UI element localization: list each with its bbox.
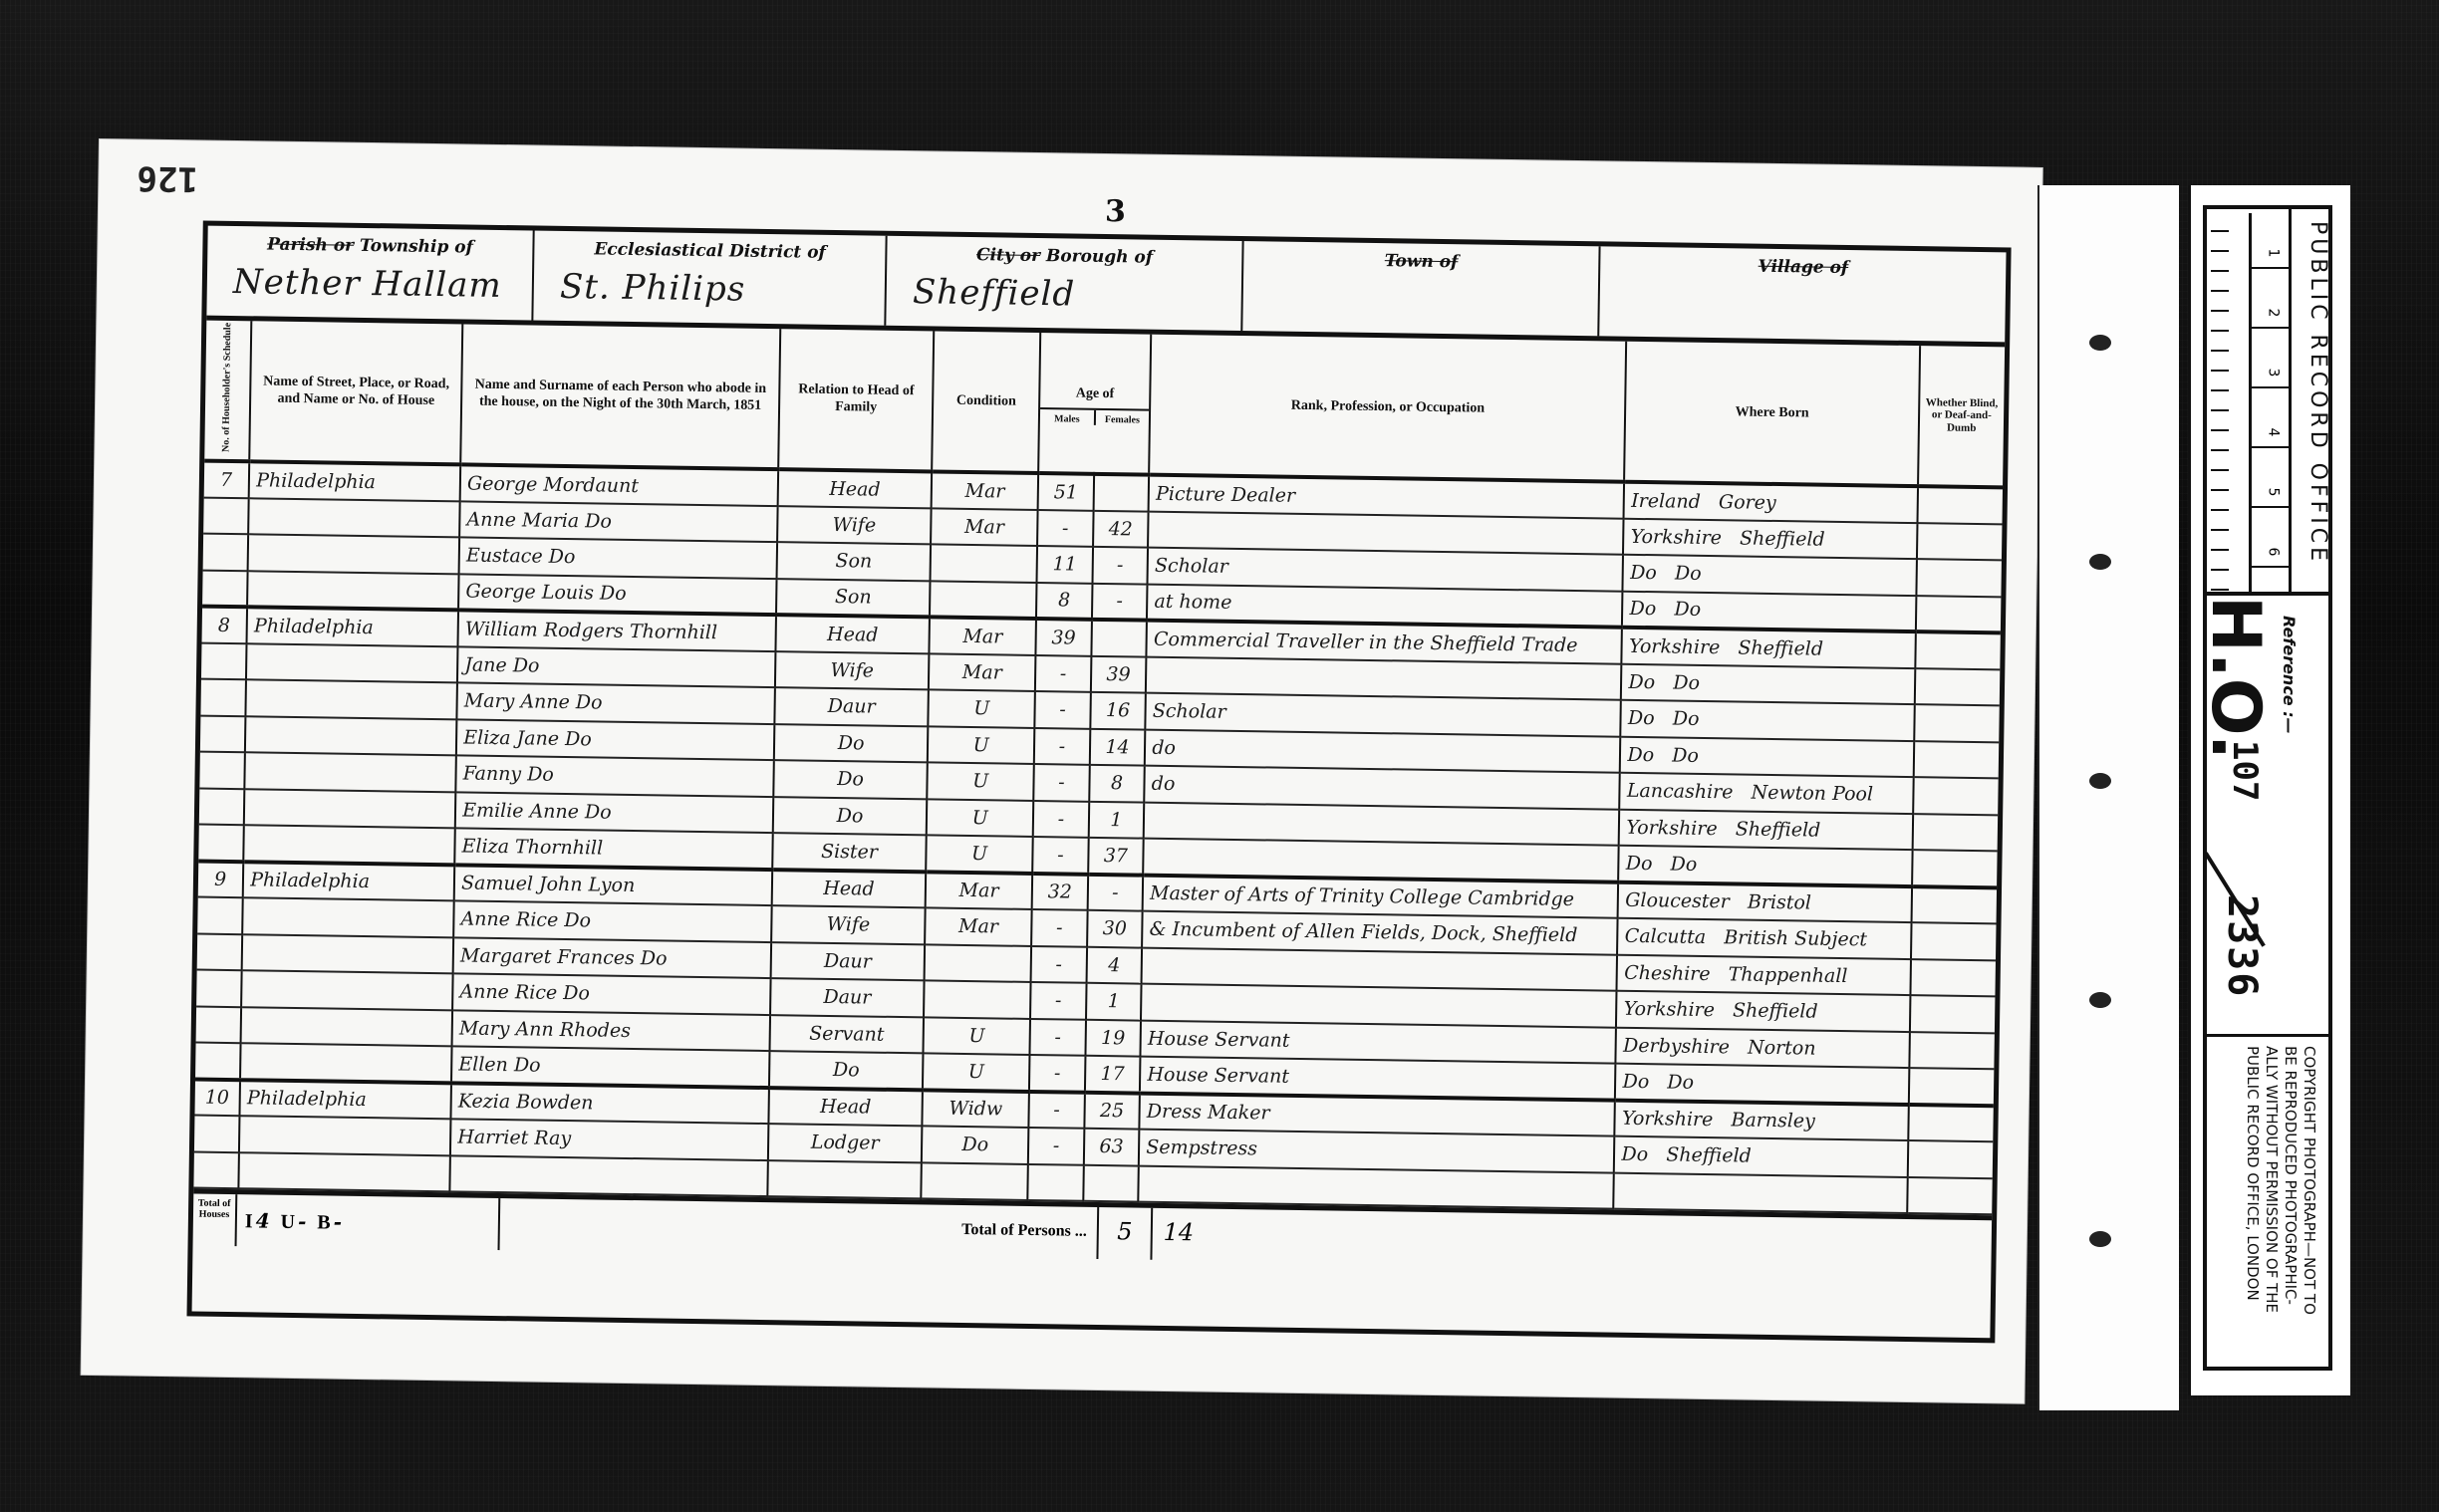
cell-relation: Lodger [768,1124,923,1162]
cell-born: Derbyshire Norton [1616,1027,1910,1068]
reference-label: Reference :— [2280,616,2299,734]
house-counts: I4 U- B- [237,1194,501,1250]
district-label: City or Borough of [887,236,1241,269]
cell-schedule [195,1043,241,1080]
cell-female-age: 1 [1086,983,1142,1020]
cell-condition: U [923,1053,1029,1091]
cell-street [242,897,453,937]
col-street: Name of Street, Place, or Road, and Name… [249,321,462,464]
cell-female-age: 17 [1085,1056,1141,1093]
cell-male-age: 32 [1032,874,1088,910]
cell-male-age: - [1029,1055,1085,1092]
cell-condition: Mar [929,653,1035,691]
cell-street [248,498,459,538]
cell-male-age: - [1031,909,1087,946]
cell-condition: U [927,763,1033,801]
cell-male-age: - [1032,837,1088,874]
column-headers: No. of Householder's Schedule Name of St… [204,321,2005,488]
pro-reference-card: 123456 PUBLIC RECORD OFFICE Reference :—… [2188,185,2350,1395]
cell-blind [1913,777,1999,815]
cell-condition [922,1162,1028,1200]
cell-female-age: 39 [1091,655,1147,692]
cell-relation: Daur [774,687,929,726]
district-label: Parish or Township of [207,226,533,259]
cell-blind [1915,631,2001,669]
cell-street [239,1152,450,1192]
cell-street: Philadelphia [249,461,460,501]
cell-relation: Do [769,1051,924,1090]
cell-male-age: - [1035,655,1091,692]
cell-condition [924,980,1030,1018]
cell-female-age: 8 [1089,765,1145,802]
cell-relation: Head [775,615,930,653]
cell-name: Margaret Frances Do [453,937,771,978]
cell-schedule [193,1151,239,1188]
cell-blind [1914,704,2000,742]
cell-condition: U [929,690,1035,728]
cell-born: Do Do [1619,846,1913,886]
cell-blind [1914,668,2000,706]
cell-name: Samuel John Lyon [454,865,772,905]
cell-street [245,716,456,756]
cell-condition: Mar [930,618,1036,655]
cell-born: Yorkshire Sheffield [1623,518,1917,559]
cell-name: Emilie Anne Do [455,792,773,833]
cell-name [449,1155,767,1196]
cell-born: Yorkshire Sheffield [1616,991,1910,1032]
cell-blind [1910,959,1996,997]
cell-female-age: 1 [1088,801,1144,838]
cell-blind [1909,1032,1995,1070]
census-table: No. of Householder's Schedule Name of St… [193,321,2005,1216]
col-relation: Relation to Head of Family [778,329,934,471]
cell-schedule [196,1006,242,1043]
census-form: Parish or Township ofNether Hallam Eccle… [186,221,2011,1344]
cell-relation: Wife [771,905,926,944]
cell-name: Fanny Do [455,755,773,796]
ruler-scale [2211,213,2252,592]
cell-condition: U [928,726,1034,764]
ruler-mark: 2 [2251,269,2289,329]
cell-male-age: 11 [1037,546,1093,583]
cell-born: Calcutta British Subject [1617,918,1911,959]
cell-male-age: - [1029,1092,1085,1129]
ruler-mark: 5 [2251,448,2289,508]
district-value: Sheffield [913,272,1076,314]
cell-female-age: 16 [1090,692,1146,729]
cell-blind [1909,995,1995,1033]
district-value: St. Philips [560,267,746,310]
col-schedule: No. of Householder's Schedule [204,321,251,462]
cell-male-age: - [1033,764,1089,801]
folio-number: 126 [136,158,198,199]
cell-female-age: 14 [1089,728,1145,765]
cell-born: Do Do [1615,1064,1909,1105]
cell-name: Eliza Jane Do [456,719,774,760]
cell-female-age: 42 [1093,510,1149,547]
cell-schedule [197,933,243,970]
cell-female-age [1093,474,1149,511]
total-males: 5 [1096,1207,1151,1260]
cell-relation: Do [773,797,928,836]
reference-piece: 107 [2225,740,2265,801]
reference-item: 2336 [2219,894,2265,998]
cell-relation [767,1160,922,1199]
punch-hole [2089,335,2111,351]
cell-street [240,1043,451,1083]
cell-male-age: 39 [1036,619,1092,655]
cell-schedule [203,497,249,534]
cell-schedule: 7 [204,461,250,498]
cell-street [241,1007,452,1047]
cell-relation: Do [774,724,929,763]
cell-schedule: 9 [198,861,244,897]
cell-blind [1917,523,2003,561]
district-field: Ecclesiastical District ofSt. Philips [534,230,888,325]
cell-blind [1912,814,1998,852]
cell-born: Do Do [1621,700,1915,741]
cell-street [242,934,453,974]
cell-relation: Son [776,542,931,581]
cell-female-age [1091,620,1147,656]
district-label: Ecclesiastical District of [534,230,885,263]
reference-box: Reference :— H.O. 107 2336 [2207,592,2328,1037]
cell-schedule [199,752,245,789]
cell-relation: Do [773,760,928,799]
cell-street [246,643,457,683]
cell-name: Kezia Bowden [451,1083,769,1124]
binding-strip [2037,185,2179,1410]
cell-male-age: - [1028,1128,1084,1164]
ruler-mark: 1 [2251,209,2289,269]
cell-blind [1915,596,2001,633]
cell-name: Anne Rice Do [452,973,770,1014]
cell-male-age: - [1034,691,1090,728]
cell-born: Yorkshire Barnsley [1615,1100,1909,1140]
cell-relation: Head [778,469,933,508]
cell-schedule [203,534,249,571]
cell-street [239,1116,450,1155]
total-persons-label: Total of Persons ... [500,1198,1098,1259]
cell-blind [1916,559,2002,597]
cell-street [248,534,459,574]
cell-condition: Do [922,1126,1028,1163]
cell-male-age [1027,1164,1083,1201]
cell-schedule [197,897,243,934]
cell-relation: Servant [769,1015,924,1054]
cell-condition: Mar [932,472,1038,510]
cell-female-age: 19 [1085,1019,1141,1056]
cell-name: Ellen Do [451,1046,769,1087]
cell-born: Lancashire Newton Pool [1620,773,1914,814]
census-page: 126 3 Parish or Township ofNether Hallam… [82,139,2042,1403]
cell-blind [1912,850,1998,887]
cell-relation: Sister [772,833,927,872]
cell-born: Do Do [1621,663,1915,704]
cell-condition [930,581,1036,619]
district-label: Town of [1243,241,1598,274]
cell-female-age: 63 [1084,1129,1140,1165]
cell-born: Ireland Gorey [1624,482,1918,523]
cell-condition: U [927,799,1033,837]
cell-name: George Mordaunt [460,465,778,506]
cell-condition: U [926,835,1032,873]
cell-name: Eustace Do [459,538,777,579]
cell-blind [1908,1068,1994,1106]
district-field: Parish or Township ofNether Hallam [206,226,534,321]
cell-name: Harriet Ray [450,1119,768,1159]
col-condition: Condition [932,331,1040,473]
cell-born: Do Sheffield [1614,1136,1908,1177]
copyright-notice: COPYRIGHT PHOTOGRAPH—NOT TO BE REPRODUCE… [2243,1046,2318,1315]
cell-blind [1917,486,2003,524]
cell-street [244,825,455,865]
district-label: Village of [1600,246,2006,280]
cell-street [247,571,458,611]
cell-condition: Mar [925,907,1031,945]
punch-hole [2089,554,2111,570]
cell-male-age: - [1030,982,1086,1019]
cell-blind [1911,922,1997,960]
reference-series: H.O. [2196,596,2275,760]
cell-name: Mary Anne Do [457,682,775,723]
cell-male-age: - [1037,510,1093,547]
punch-hole [2089,992,2111,1008]
ruler-mark: 6 [2251,508,2289,568]
cell-blind [1908,1105,1994,1142]
cell-relation: Daur [771,942,926,981]
col-occupation: Rank, Profession, or Occupation [1149,335,1626,482]
cell-blind [1907,1177,1993,1215]
cell-name: Anne Maria Do [459,501,777,542]
cell-condition [931,545,1037,583]
punch-hole [2089,1231,2111,1247]
cell-relation: Son [776,579,931,618]
cell-name: George Louis Do [458,574,776,615]
cell-street [245,752,456,792]
total-houses-label: Total of Houses [193,1194,238,1247]
cell-female-age: 30 [1087,910,1143,947]
district-field: City or Borough ofSheffield [887,236,1244,331]
cell-born: Do Do [1623,555,1917,596]
cell-female-age: 37 [1088,838,1144,875]
cell-female-age: 4 [1086,946,1142,983]
cell-blind [1911,886,1997,924]
cell-condition: Widw [923,1090,1029,1128]
cell-male-age: - [1031,946,1087,983]
cell-born: Do Do [1620,736,1914,777]
cell-born: Cheshire Thappenhall [1617,954,1911,995]
cell-name: Jane Do [457,646,775,687]
cell-relation: Head [772,870,927,908]
cell-condition [925,944,1031,982]
cell-male-age: - [1030,1019,1086,1056]
ruler-mark: 4 [2251,388,2289,448]
cell-born: Do Do [1622,591,1916,631]
cell-schedule: 8 [202,607,248,643]
cell-street: Philadelphia [243,862,454,901]
cell-name: Eliza Thornhill [454,828,772,869]
cell-condition: Mar [931,508,1037,546]
ruler-mark: 3 [2251,329,2289,388]
cell-male-age: - [1034,728,1090,765]
district-value: Nether Hallam [233,262,502,306]
cell-female-age [1083,1164,1139,1201]
page-number: 3 [1105,194,1126,229]
cell-male-age: 51 [1038,473,1094,510]
cell-street: Philadelphia [240,1080,451,1120]
cell-female-age: - [1092,583,1148,620]
cell-name: William Rodgers Thornhill [458,611,776,651]
col-age: Age of MalesFemales [1038,333,1151,475]
cell-relation: Wife [775,651,930,690]
cell-condition: Mar [926,872,1032,909]
cell-relation: Head [768,1088,923,1127]
cell-street [246,679,457,719]
cell-female-age: - [1087,874,1143,910]
punch-hole [2089,773,2111,789]
cell-female-age: - [1092,547,1148,584]
district-field: Town of [1243,241,1601,336]
cell-female-age: 25 [1084,1092,1140,1129]
cell-street: Philadelphia [247,607,458,646]
cell-schedule: 10 [194,1079,240,1116]
cell-name: Mary Ann Rhodes [452,1010,770,1051]
cell-schedule [202,570,248,607]
cell-name: Anne Rice Do [453,900,771,941]
cell-condition: U [924,1017,1030,1055]
cell-relation: Daur [770,978,925,1017]
cell-male-age: 8 [1036,583,1092,620]
cell-schedule [200,679,246,716]
cell-schedule [200,715,246,752]
cell-occupation [1139,1165,1615,1209]
cell-born: Yorkshire Sheffield [1622,628,1916,668]
cell-born: Yorkshire Sheffield [1619,809,1913,850]
col-blind: Whether Blind, or Deaf-and-Dumb [1918,346,2006,487]
cell-street [241,970,452,1010]
district-field: Village of [1600,246,2007,342]
ruler-cm-boxes: 123456 [2251,209,2292,592]
cell-relation: Wife [777,506,932,545]
cell-schedule [194,1116,240,1152]
cell-schedule [198,825,244,862]
cell-male-age: - [1033,801,1089,838]
cell-blind [1913,741,1999,779]
cell-schedule [199,788,245,825]
cell-schedule [196,970,242,1007]
total-females: 14 [1150,1208,1205,1261]
cell-born [1614,1172,1908,1213]
cell-born: Gloucester Bristol [1618,882,1912,922]
col-where-born: Where Born [1625,342,1920,486]
office-title: PUBLIC RECORD OFFICE [2305,221,2330,565]
cell-blind [1907,1140,1993,1178]
cell-street [244,789,455,829]
col-name: Name and Surname of each Person who abod… [460,324,780,469]
cell-schedule [201,642,247,679]
